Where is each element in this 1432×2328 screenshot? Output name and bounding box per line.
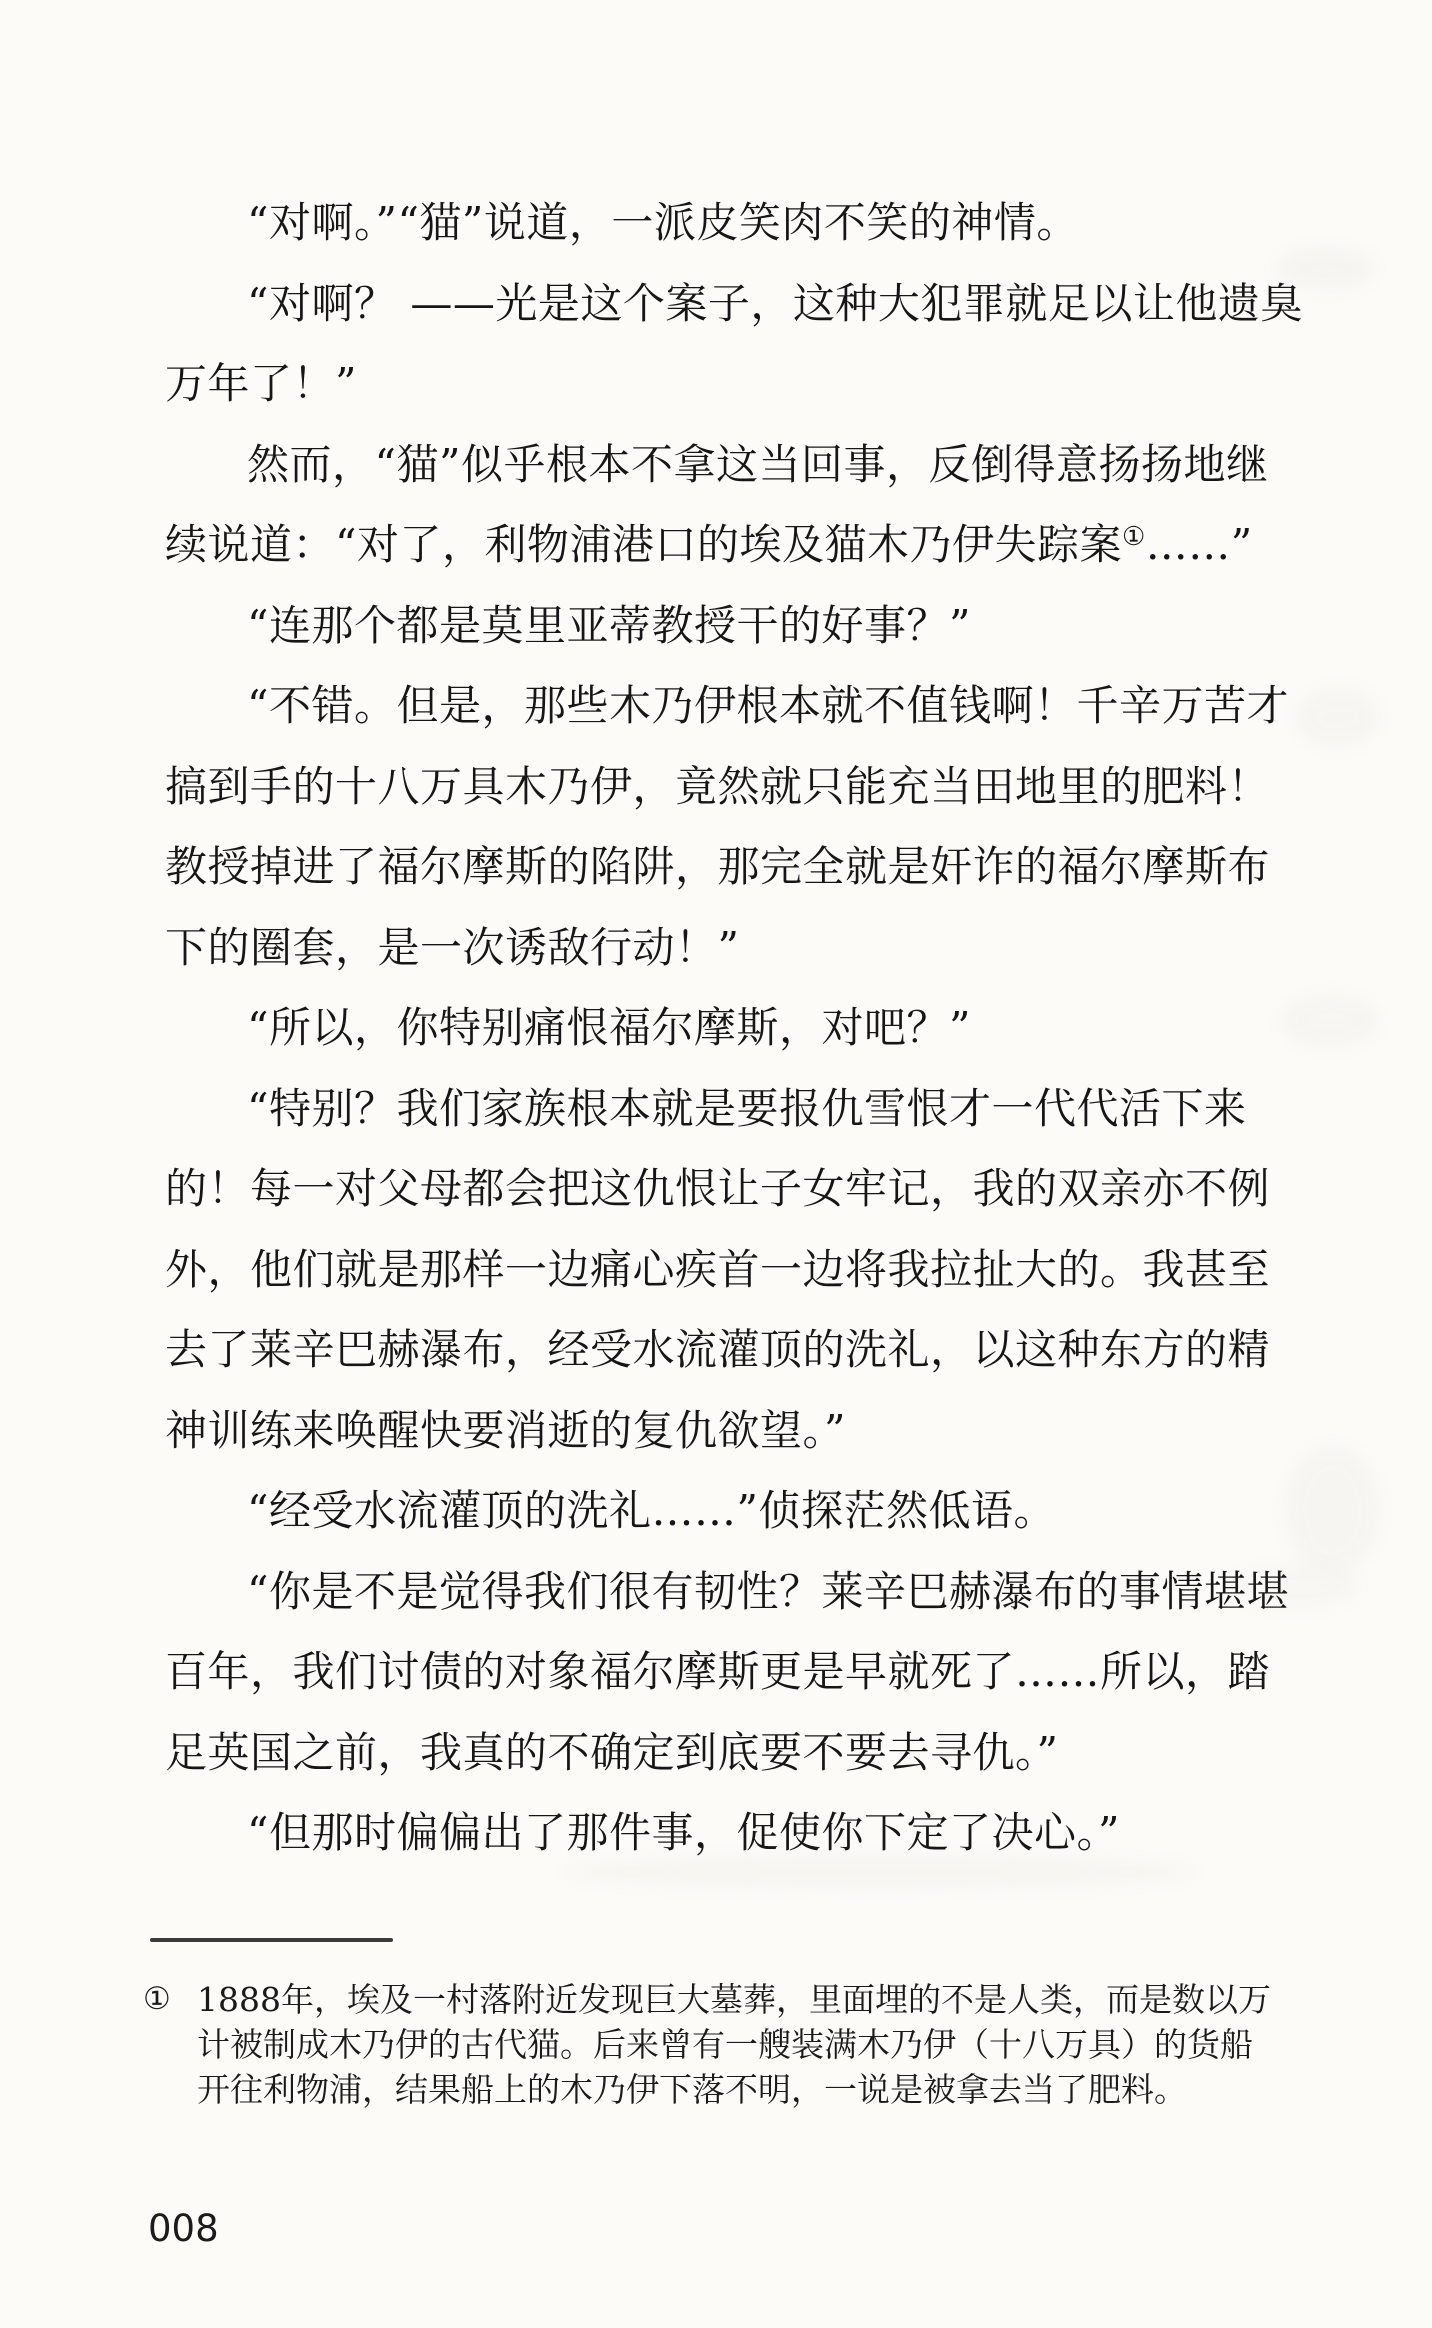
text-line: 万年了！” <box>165 344 1325 425</box>
footnote: ① 1888年，埃及一村落附近发现巨大墓葬，里面埋的不是人类，而是数以万 计被制… <box>143 1977 1313 2112</box>
text-line: 去了莱辛巴赫瀑布，经受水流灌顶的洗礼，以这种东方的精 <box>165 1310 1325 1391</box>
text-line: “所以，你特别痛恨福尔摩斯，对吧？” <box>165 988 1325 1069</box>
text-line: 的！每一对父母都会把这仇恨让子女牢记，我的双亲亦不例 <box>165 1149 1325 1230</box>
footnote-marker: ① <box>143 1977 197 2022</box>
footnote-ref-marker: ① <box>1122 522 1146 552</box>
text-line: “不错。但是，那些木乃伊根本就不值钱啊！千辛万苦才 <box>165 666 1325 747</box>
text-line: “但那时偏偏出了那件事，促使你下定了决心。” <box>165 1793 1325 1874</box>
text-line: “特别？我们家族根本就是要报仇雪恨才一代代活下来 <box>165 1069 1325 1150</box>
footnote-line: 1888年，埃及一村落附近发现巨大墓葬，里面埋的不是人类，而是数以万 <box>197 1977 1313 2022</box>
text-line: 外，他们就是那样一边痛心疾首一边将我拉扯大的。我甚至 <box>165 1230 1325 1311</box>
text-line: 百年，我们讨债的对象福尔摩斯更是早就死了……所以，踏 <box>165 1632 1325 1713</box>
text-line: 神训练来唤醒快要消逝的复仇欲望。” <box>165 1391 1325 1472</box>
footnote-line: 开往利物浦，结果船上的木乃伊下落不明，一说是被拿去当了肥料。 <box>197 2067 1313 2112</box>
text-line: “对啊。”“猫”说道，一派皮笑肉不笑的神情。 <box>165 183 1325 264</box>
main-text-block: “对啊。”“猫”说道，一派皮笑肉不笑的神情。 “对啊？ ——光是这个案子，这种大… <box>165 183 1325 1874</box>
text-segment: ……” <box>1146 520 1253 569</box>
text-line: “经受水流灌顶的洗礼……”侦探茫然低语。 <box>165 1471 1325 1552</box>
text-line: 然而，“猫”似乎根本不拿这当回事，反倒得意扬扬地继 <box>165 425 1325 506</box>
text-line: “连那个都是莫里亚蒂教授干的好事？” <box>165 586 1325 667</box>
text-line: 续说道：“对了，利物浦港口的埃及猫木乃伊失踪案①……” <box>165 505 1325 586</box>
text-line: 教授掉进了福尔摩斯的陷阱，那完全就是奸诈的福尔摩斯布 <box>165 827 1325 908</box>
text-segment: 续说道：“对了，利物浦港口的埃及猫木乃伊失踪案 <box>165 520 1122 569</box>
footnote-text: 1888年，埃及一村落附近发现巨大墓葬，里面埋的不是人类，而是数以万 计被制成木… <box>197 1977 1313 2112</box>
text-line: 下的圈套，是一次诱敌行动！” <box>165 908 1325 989</box>
text-line: “对啊？ ——光是这个案子，这种大犯罪就足以让他遗臭 <box>165 264 1325 345</box>
footnote-divider <box>150 1938 393 1942</box>
page-number: 008 <box>148 2207 219 2250</box>
text-line: “你是不是觉得我们很有韧性？莱辛巴赫瀑布的事情堪堪 <box>165 1552 1325 1633</box>
footnote-line: 计被制成木乃伊的古代猫。后来曾有一艘装满木乃伊（十八万具）的货船 <box>197 2022 1313 2067</box>
text-line: 搞到手的十八万具木乃伊，竟然就只能充当田地里的肥料！ <box>165 747 1325 828</box>
text-line: 足英国之前，我真的不确定到底要不要去寻仇。” <box>165 1713 1325 1794</box>
book-page: “对啊。”“猫”说道，一派皮笑肉不笑的神情。 “对啊？ ——光是这个案子，这种大… <box>0 0 1432 2328</box>
